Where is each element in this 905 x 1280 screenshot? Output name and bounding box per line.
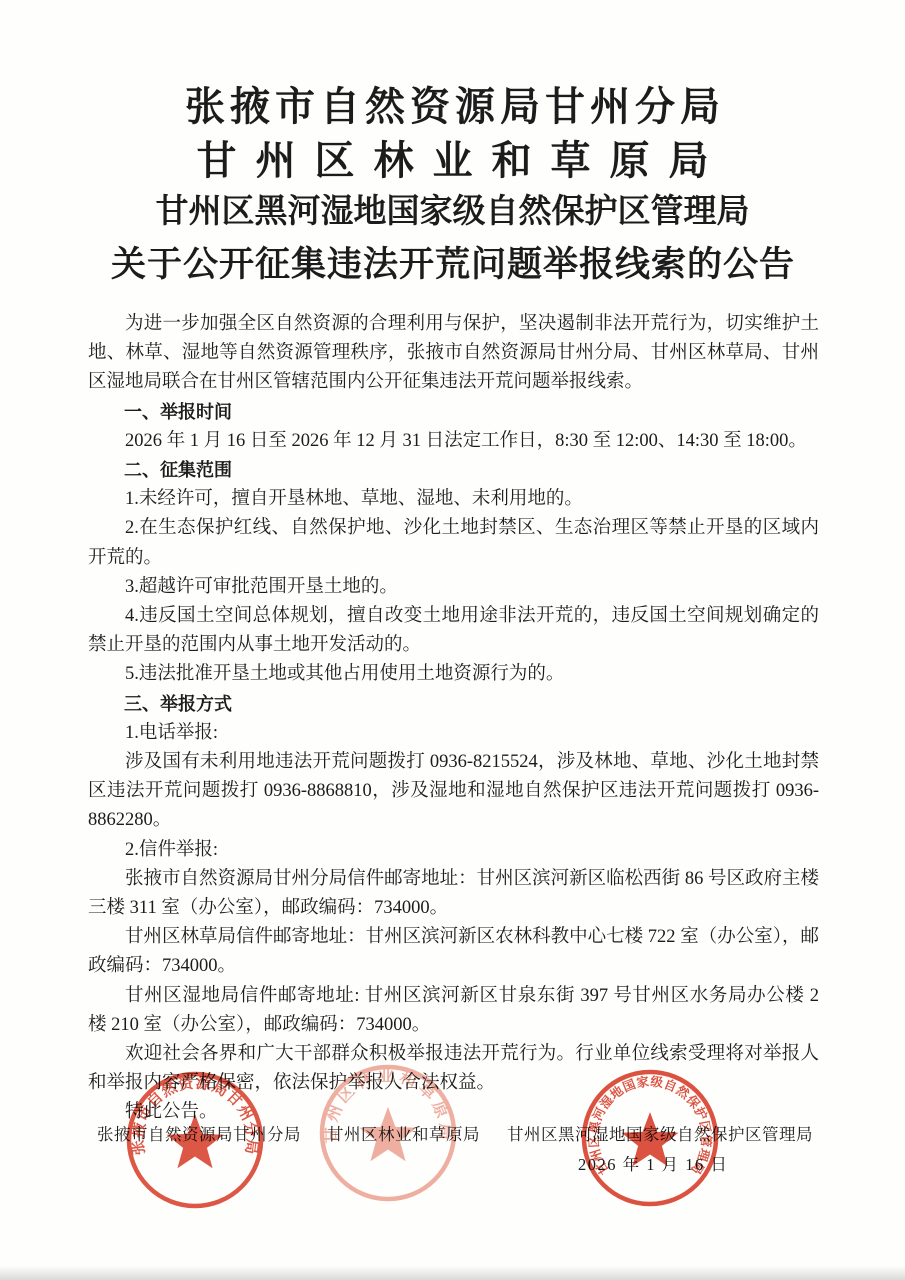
- confidentiality-paragraph: 欢迎社会各界和广大干部群众积极举报违法开荒行为。行业单位线索受理将对举报人和举报…: [88, 1040, 819, 1098]
- document-body: 为进一步加强全区自然资源的合理利用与保护，坚决遏制非法开荒行为，切实维护土地、林…: [0, 310, 905, 1128]
- section-heading-methods: 三、举报方式: [88, 690, 819, 719]
- announcement-title: 关于公开征集违法开荒问题举报线索的公告: [0, 237, 905, 292]
- document-title-block: 张掖市自然资源局甘州分局 甘州区林业和草原局 甘州区黑河湿地国家级自然保护区管理…: [0, 0, 905, 292]
- issuing-agency-2: 甘州区林业和草原局: [0, 134, 905, 187]
- phone-report-label: 1.电话举报:: [88, 719, 819, 748]
- intro-paragraph: 为进一步加强全区自然资源的合理利用与保护，坚决遏制非法开荒行为，切实维护土地、林…: [88, 310, 819, 398]
- scope-item-1: 1.未经许可，擅自开垦林地、草地、湿地、未利用地的。: [88, 485, 819, 514]
- signature-agency-1: 张掖市自然资源局甘州分局: [97, 1121, 301, 1145]
- signature-agency-2: 甘州区林业和草原局: [327, 1121, 480, 1145]
- signature-date: 2026 年 1 月 16 日: [578, 1151, 728, 1175]
- scan-edge-shading: [0, 1266, 905, 1280]
- issuing-agency-1: 张掖市自然资源局甘州分局: [0, 80, 905, 134]
- scope-item-3: 3.超越许可审批范围开垦土地的。: [88, 573, 819, 602]
- announcement-document-page: 张掖市自然资源局甘州分局 甘州区林业和草原局 甘州区黑河湿地国家级自然保护区管理…: [0, 0, 905, 1280]
- phone-report-paragraph: 涉及国有未利用地违法开荒问题拨打 0936-8215524，涉及林地、草地、沙化…: [88, 748, 819, 836]
- section-heading-report-time: 一、举报时间: [88, 398, 819, 427]
- mail-address-3: 甘州区湿地局信件邮寄地址: 甘州区滨河新区甘泉东街 397 号甘州区水务局办公楼…: [88, 982, 819, 1040]
- issuing-agency-3: 甘州区黑河湿地国家级自然保护区管理局: [0, 187, 905, 237]
- scope-item-5: 5.违法批准开垦土地或其他占用使用土地资源行为的。: [88, 660, 819, 689]
- mail-report-label: 2.信件举报:: [88, 836, 819, 865]
- mail-address-1: 张掖市自然资源局甘州分局信件邮寄地址：甘州区滨河新区临松西街 86 号区政府主楼…: [88, 865, 819, 923]
- report-time-paragraph: 2026 年 1 月 16 日至 2026 年 12 月 31 日法定工作日，8…: [88, 427, 819, 456]
- mail-address-2: 甘州区林草局信件邮寄地址：甘州区滨河新区农林科教中心七楼 722 室（办公室），…: [88, 923, 819, 981]
- scope-item-2: 2.在生态保护红线、自然保护地、沙化土地封禁区、生态治理区等禁止开垦的区域内开荒…: [88, 514, 819, 572]
- section-heading-scope: 二、征集范围: [88, 456, 819, 485]
- scope-item-4: 4.违反国土空间总体规划，擅自改变土地用途非法开荒的，违反国土空间规划确定的禁止…: [88, 602, 819, 660]
- signature-agency-3: 甘州区黑河湿地国家级自然保护区管理局: [507, 1121, 813, 1145]
